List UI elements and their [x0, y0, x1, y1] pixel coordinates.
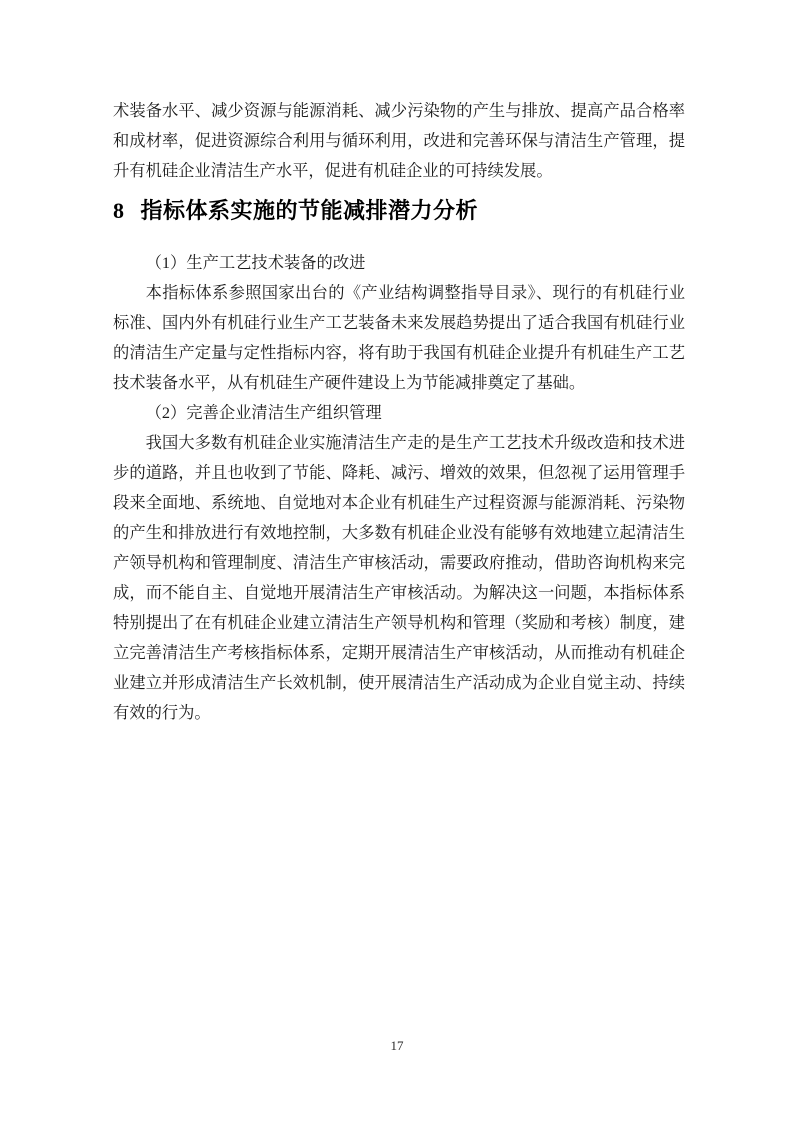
page-number: 17 — [0, 1038, 794, 1054]
text-block: 术装备水平、减少资源与能源消耗、减少污染物的产生与排放、提高产品合格率和成材率，… — [113, 96, 685, 728]
subsection-title: （1）生产工艺技术装备的改进 — [113, 248, 685, 278]
document-page: 术装备水平、减少资源与能源消耗、减少污染物的产生与排放、提高产品合格率和成材率，… — [0, 0, 794, 1123]
paragraph: 我国大多数有机硅企业实施清洁生产走的是生产工艺技术升级改造和技术进步的道路，并且… — [113, 428, 685, 728]
intro-paragraph: 术装备水平、减少资源与能源消耗、减少污染物的产生与排放、提高产品合格率和成材率，… — [113, 96, 685, 186]
heading-number: 8 — [113, 196, 125, 226]
section-heading: 8指标体系实施的节能减排潜力分析 — [113, 196, 685, 226]
subsection-title: （2）完善企业清洁生产组织管理 — [113, 398, 685, 428]
heading-title: 指标体系实施的节能减排潜力分析 — [141, 198, 479, 223]
paragraph: 本指标体系参照国家出台的《产业结构调整指导目录》、现行的有机硅行业标准、国内外有… — [113, 278, 685, 398]
